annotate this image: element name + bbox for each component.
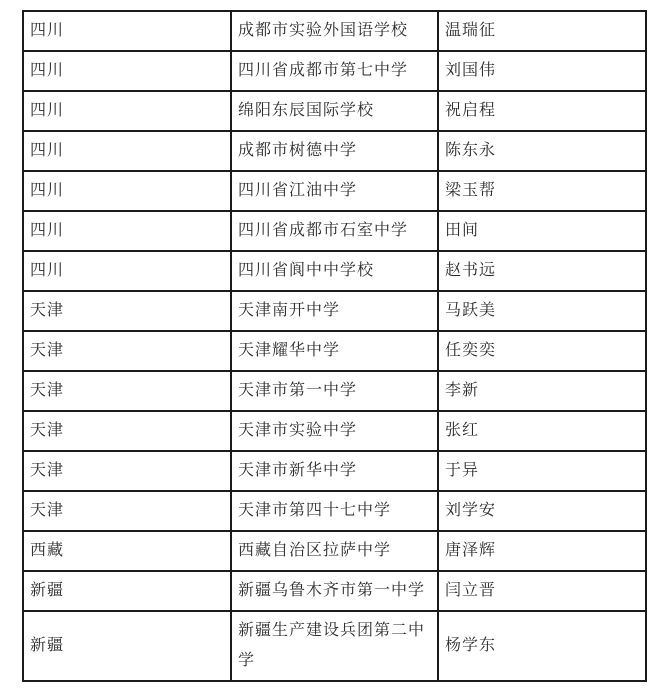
cell-school: 天津市第四十七中学 <box>231 491 438 531</box>
table-row: 天津 天津南开中学 马跃美 <box>23 291 646 331</box>
cell-name: 田间 <box>438 211 646 251</box>
cell-name: 闫立晋 <box>438 571 646 611</box>
table-row: 天津 天津耀华中学 任奕奕 <box>23 331 646 371</box>
cell-name: 马跃美 <box>438 291 646 331</box>
cell-province: 新疆 <box>23 571 231 611</box>
table-row: 四川 四川省成都市第七中学 刘国伟 <box>23 51 646 91</box>
cell-name: 张红 <box>438 411 646 451</box>
cell-name: 陈东永 <box>438 131 646 171</box>
cell-school: 四川省成都市第七中学 <box>231 51 438 91</box>
cell-school: 绵阳东辰国际学校 <box>231 91 438 131</box>
cell-school: 新疆乌鲁木齐市第一中学 <box>231 571 438 611</box>
cell-school: 四川省成都市石室中学 <box>231 211 438 251</box>
cell-name: 赵书远 <box>438 251 646 291</box>
table-row: 天津 天津市实验中学 张红 <box>23 411 646 451</box>
cell-school: 新疆生产建设兵团第二中学 <box>231 611 438 681</box>
cell-province: 天津 <box>23 451 231 491</box>
cell-school: 天津市第一中学 <box>231 371 438 411</box>
cell-province: 天津 <box>23 291 231 331</box>
table-row: 新疆 新疆乌鲁木齐市第一中学 闫立晋 <box>23 571 646 611</box>
table-row: 天津 天津市新华中学 于异 <box>23 451 646 491</box>
cell-name: 任奕奕 <box>438 331 646 371</box>
cell-school: 成都市树德中学 <box>231 131 438 171</box>
table-row: 四川 成都市树德中学 陈东永 <box>23 131 646 171</box>
cell-name: 刘学安 <box>438 491 646 531</box>
cell-school: 天津市实验中学 <box>231 411 438 451</box>
cell-province: 四川 <box>23 211 231 251</box>
page: 四川 成都市实验外国语学校 温瑞征 四川 四川省成都市第七中学 刘国伟 四川 绵… <box>0 0 656 695</box>
table-row: 四川 四川省江油中学 梁玉帮 <box>23 171 646 211</box>
cell-name: 李新 <box>438 371 646 411</box>
cell-name: 梁玉帮 <box>438 171 646 211</box>
cell-province: 西藏 <box>23 531 231 571</box>
cell-province: 四川 <box>23 51 231 91</box>
table-row: 天津 天津市第四十七中学 刘学安 <box>23 491 646 531</box>
table-row: 四川 四川省阆中中学校 赵书远 <box>23 251 646 291</box>
cell-name: 温瑞征 <box>438 11 646 51</box>
cell-school: 成都市实验外国语学校 <box>231 11 438 51</box>
cell-school: 四川省江油中学 <box>231 171 438 211</box>
cell-school: 四川省阆中中学校 <box>231 251 438 291</box>
table-row: 四川 四川省成都市石室中学 田间 <box>23 211 646 251</box>
cell-name: 唐泽辉 <box>438 531 646 571</box>
cell-name: 祝启程 <box>438 91 646 131</box>
table-row: 西藏 西藏自治区拉萨中学 唐泽辉 <box>23 531 646 571</box>
cell-name: 刘国伟 <box>438 51 646 91</box>
table-row: 新疆 新疆生产建设兵团第二中学 杨学东 <box>23 611 646 681</box>
cell-province: 四川 <box>23 91 231 131</box>
cell-school: 天津耀华中学 <box>231 331 438 371</box>
roster-table: 四川 成都市实验外国语学校 温瑞征 四川 四川省成都市第七中学 刘国伟 四川 绵… <box>22 10 647 682</box>
cell-name: 杨学东 <box>438 611 646 681</box>
table-row: 天津 天津市第一中学 李新 <box>23 371 646 411</box>
cell-province: 天津 <box>23 411 231 451</box>
cell-province: 天津 <box>23 331 231 371</box>
cell-school: 天津南开中学 <box>231 291 438 331</box>
cell-province: 天津 <box>23 371 231 411</box>
table-row: 四川 绵阳东辰国际学校 祝启程 <box>23 91 646 131</box>
cell-school: 西藏自治区拉萨中学 <box>231 531 438 571</box>
cell-province: 四川 <box>23 131 231 171</box>
cell-province: 新疆 <box>23 611 231 681</box>
cell-province: 四川 <box>23 251 231 291</box>
cell-province: 天津 <box>23 491 231 531</box>
cell-province: 四川 <box>23 171 231 211</box>
cell-school: 天津市新华中学 <box>231 451 438 491</box>
cell-name: 于异 <box>438 451 646 491</box>
cell-province: 四川 <box>23 11 231 51</box>
table-row: 四川 成都市实验外国语学校 温瑞征 <box>23 11 646 51</box>
